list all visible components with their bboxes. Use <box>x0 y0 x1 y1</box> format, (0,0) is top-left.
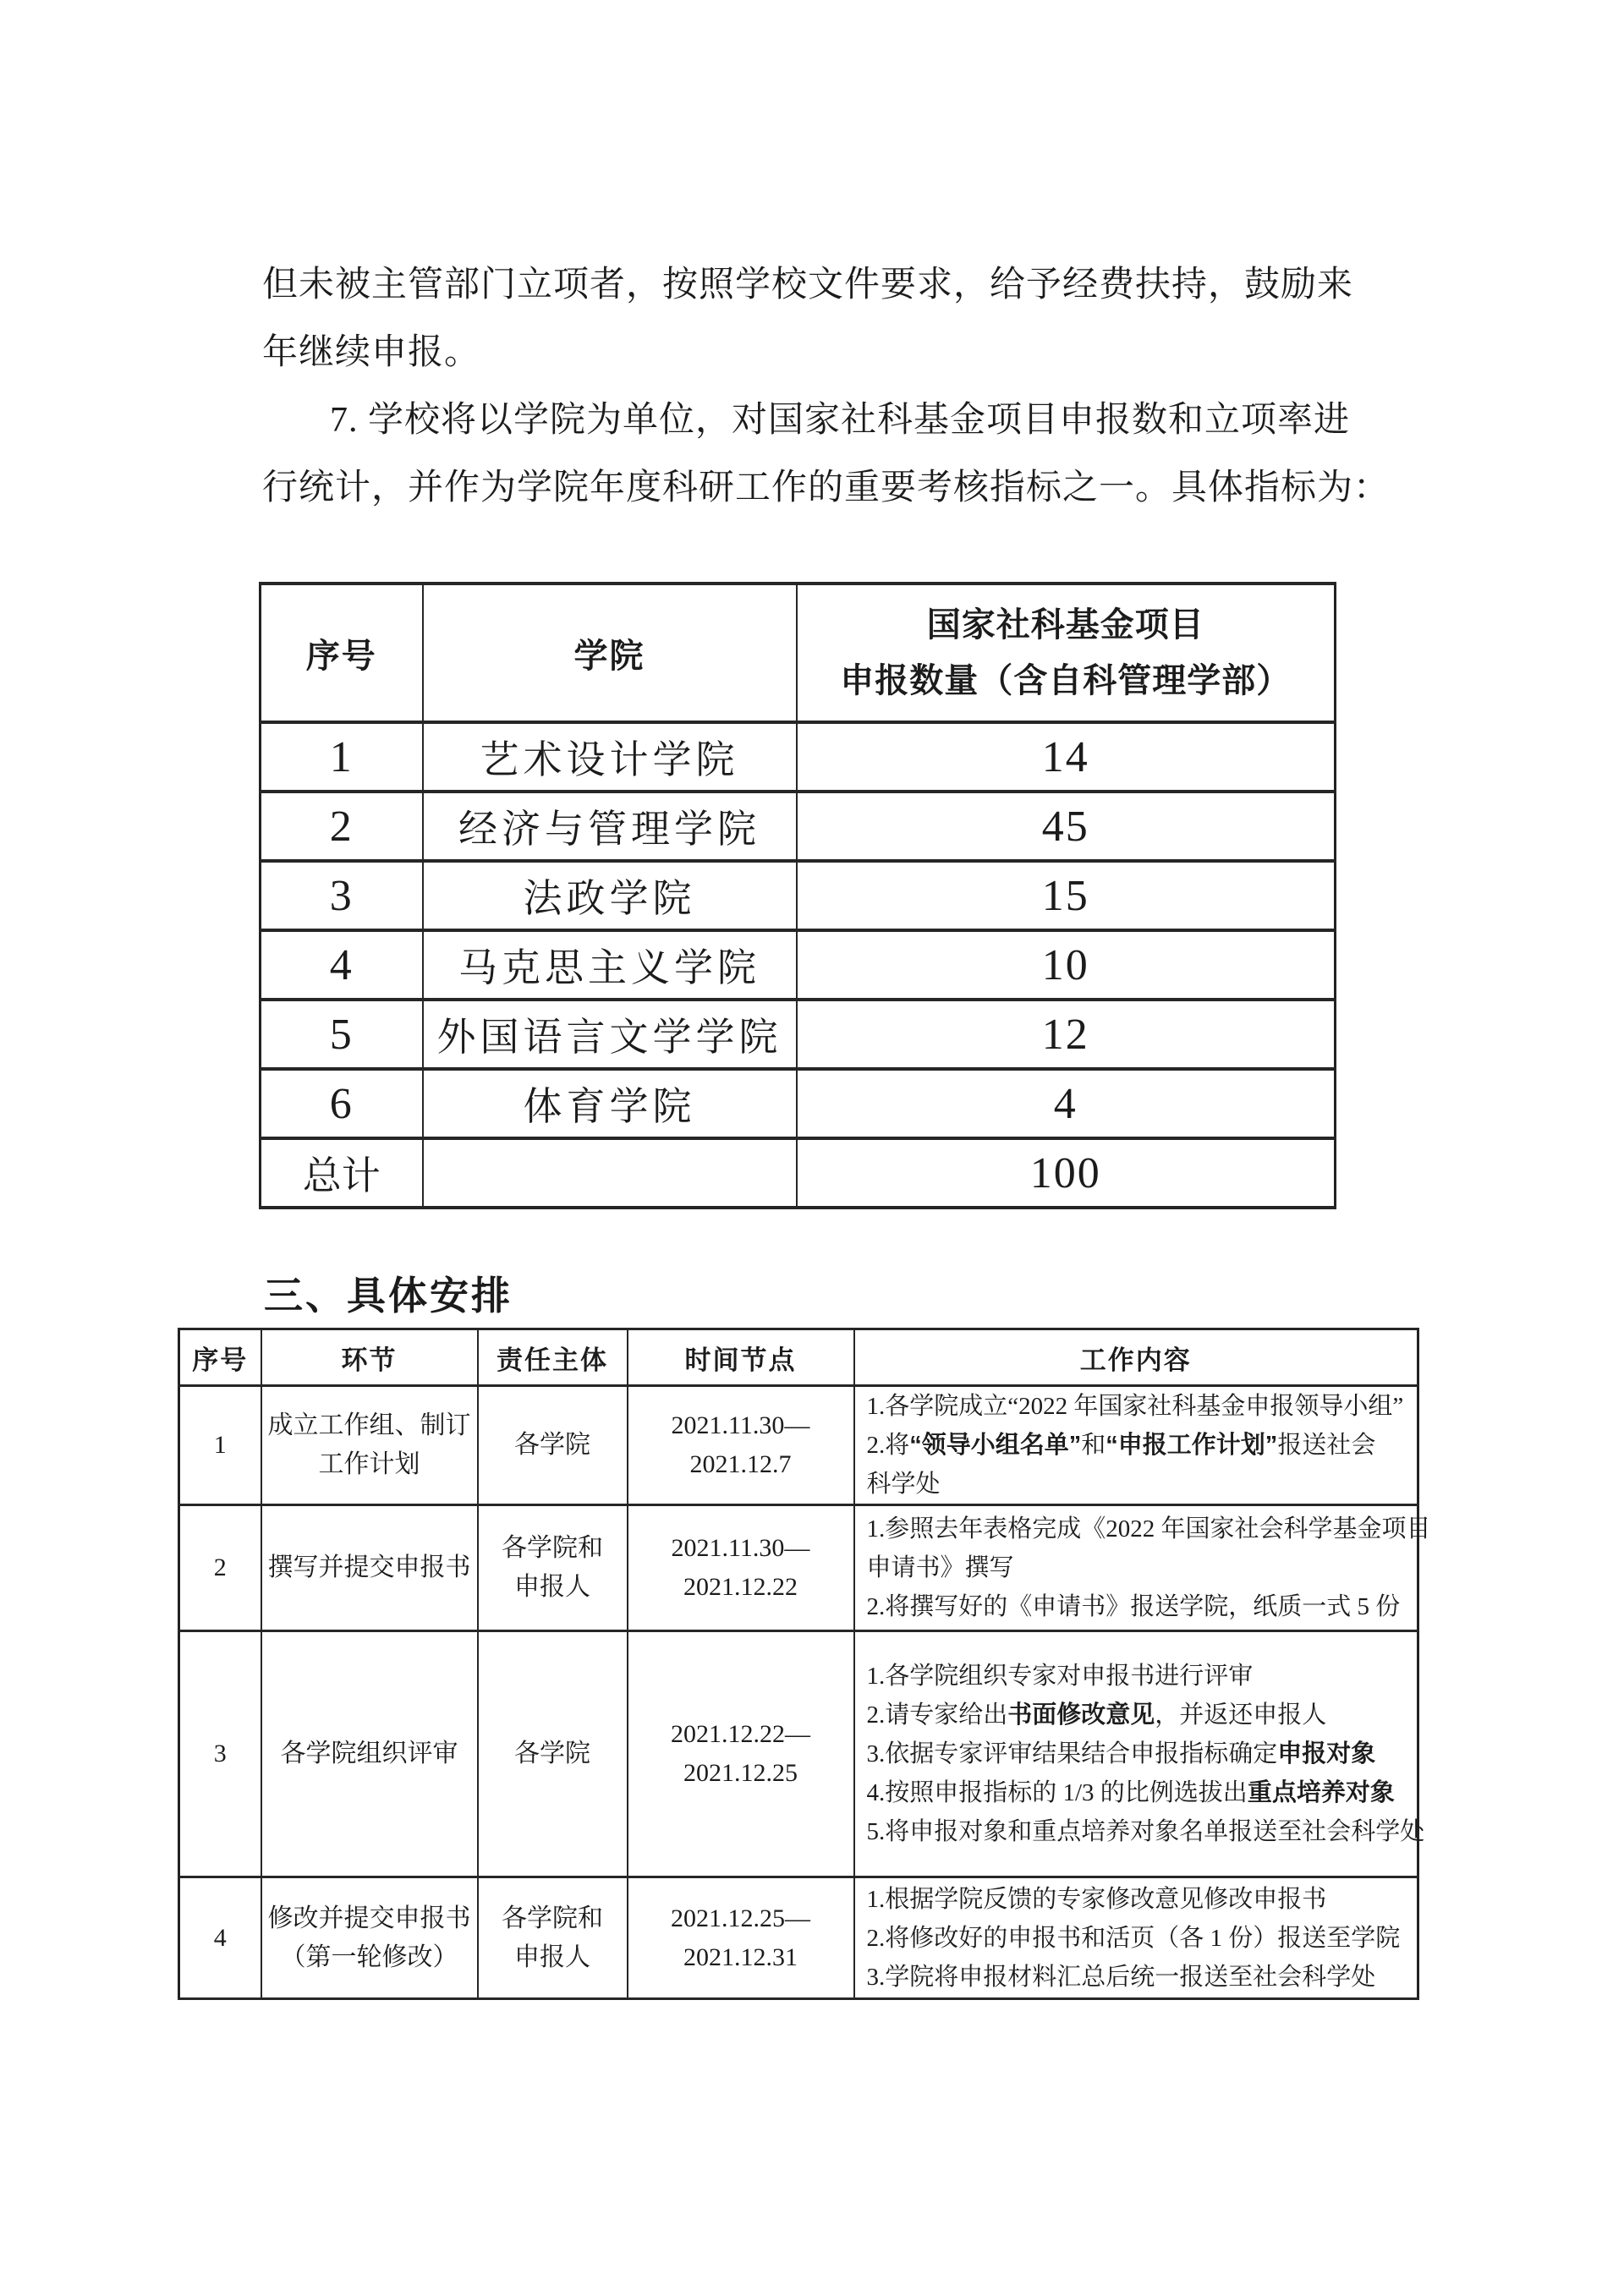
header-step: 环节 <box>261 1329 478 1386</box>
content-line: 2.请专家给出书面修改意见，并返还申报人 <box>867 1696 1409 1734</box>
serial-cell: 2 <box>261 792 423 861</box>
count-cell: 15 <box>797 861 1336 930</box>
college-table-row: 2经济与管理学院45 <box>261 792 1336 861</box>
header-count-line1: 国家社科基金项目 <box>798 597 1335 653</box>
college-header-row: 序号 学院 国家社科基金项目 申报数量（含自科管理学部） <box>261 584 1336 722</box>
serial-cell: 1 <box>261 722 423 792</box>
step-cell-line: 工作计划 <box>262 1445 477 1484</box>
college-count-table: 序号 学院 国家社科基金项目 申报数量（含自科管理学部） 1艺术设计学院142经… <box>259 582 1336 1209</box>
owner-cell: 各学院 <box>478 1386 628 1505</box>
emphasis-text: 重点培养对象 <box>1248 1779 1395 1806</box>
header-count-line2: 申报数量（含自科管理学部） <box>798 653 1335 709</box>
content-line: 科学处 <box>867 1465 1409 1504</box>
time-cell: 2021.12.25—2021.12.31 <box>628 1877 854 1999</box>
count-cell: 14 <box>797 722 1336 792</box>
college-cell: 外国语言文学学院 <box>423 1000 797 1069</box>
college-table-body: 1艺术设计学院142经济与管理学院453法政学院154马克思主义学院105外国语… <box>261 722 1336 1208</box>
header-college: 学院 <box>423 584 797 722</box>
content-line: 2.将“领导小组名单”和“申报工作计划”报送社会 <box>867 1426 1409 1465</box>
step-cell-line: （第一轮修改） <box>262 1938 477 1977</box>
count-cell: 12 <box>797 1000 1336 1069</box>
content-line: 5.将申报对象和重点培养对象名单报送至社会科学处 <box>867 1812 1409 1851</box>
serial-cell: 3 <box>179 1631 261 1877</box>
step-cell: 撰写并提交申报书 <box>261 1505 478 1631</box>
paragraph-2: 7. 学校将以学院为单位，对国家社科基金项目申报数和立项率进行统计，并作为学院年… <box>262 386 1390 522</box>
owner-cell-line: 申报人 <box>479 1568 627 1607</box>
step-cell: 成立工作组、制订工作计划 <box>261 1386 478 1505</box>
time-cell-line: 2021.11.30— <box>628 1529 853 1568</box>
content-line: 1.参照去年表格完成《2022 年国家社会科学基金项目 <box>867 1510 1409 1548</box>
college-table-row: 6体育学院4 <box>261 1069 1336 1138</box>
serial-cell: 4 <box>179 1877 261 1999</box>
time-cell: 2021.11.30—2021.12.7 <box>628 1386 854 1505</box>
schedule-header-row: 序号 环节 责任主体 时间节点 工作内容 <box>179 1329 1418 1386</box>
count-cell: 45 <box>797 792 1336 861</box>
content-line: 1.各学院组织专家对申报书进行评审 <box>867 1657 1409 1696</box>
college-cell: 艺术设计学院 <box>423 722 797 792</box>
owner-cell: 各学院和申报人 <box>478 1877 628 1999</box>
college-table-row: 5外国语言文学学院12 <box>261 1000 1336 1069</box>
owner-cell: 各学院和申报人 <box>478 1505 628 1631</box>
header-serial: 序号 <box>179 1329 261 1386</box>
content-line: 1.各学院成立“2022 年国家社科基金申报领导小组” <box>867 1387 1409 1426</box>
paragraph-line: 但未被主管部门立项者，按照学校文件要求，给予经费扶持，鼓励来 <box>262 251 1390 319</box>
step-cell: 修改并提交申报书（第一轮修改） <box>261 1877 478 1999</box>
paragraph-1: 但未被主管部门立项者，按照学校文件要求，给予经费扶持，鼓励来年继续申报。 <box>262 251 1390 386</box>
emphasis-text: “领导小组名单” <box>909 1432 1081 1459</box>
step-cell-line: 撰写并提交申报书 <box>262 1548 477 1587</box>
count-cell: 100 <box>797 1138 1336 1208</box>
time-cell-line: 2021.12.31 <box>628 1938 853 1977</box>
college-table-row: 4马克思主义学院10 <box>261 930 1336 1000</box>
paragraph-line: 年继续申报。 <box>262 319 1390 386</box>
header-owner: 责任主体 <box>478 1329 628 1386</box>
time-cell-line: 2021.12.22— <box>628 1715 853 1754</box>
schedule-table-row: 1成立工作组、制订工作计划各学院2021.11.30—2021.12.71.各学… <box>179 1386 1418 1505</box>
content-cell: 1.各学院组织专家对申报书进行评审2.请专家给出书面修改意见，并返还申报人3.依… <box>854 1631 1418 1877</box>
serial-cell: 4 <box>261 930 423 1000</box>
serial-cell: 3 <box>261 861 423 930</box>
owner-cell-line: 各学院和 <box>479 1899 627 1938</box>
owner-cell-line: 各学院 <box>479 1426 627 1465</box>
time-cell: 2021.11.30—2021.12.22 <box>628 1505 854 1631</box>
owner-cell-line: 申报人 <box>479 1938 627 1977</box>
section-heading: 三、具体安排 <box>264 1265 513 1321</box>
owner-cell-line: 各学院 <box>479 1734 627 1773</box>
content-line: 申请书》撰写 <box>867 1548 1409 1587</box>
header-serial: 序号 <box>261 584 423 722</box>
content-line: 1.根据学院反馈的专家修改意见修改申报书 <box>867 1880 1409 1919</box>
emphasis-text: 书面修改意见 <box>1007 1701 1155 1729</box>
owner-cell-line: 各学院和 <box>479 1529 627 1568</box>
content-cell: 1.根据学院反馈的专家修改意见修改申报书2.将修改好的申报书和活页（各 1 份）… <box>854 1877 1418 1999</box>
header-content: 工作内容 <box>854 1329 1418 1386</box>
owner-cell: 各学院 <box>478 1631 628 1877</box>
content-line: 2.将修改好的申报书和活页（各 1 份）报送至学院 <box>867 1919 1409 1958</box>
header-count: 国家社科基金项目 申报数量（含自科管理学部） <box>797 584 1336 722</box>
schedule-table-body: 1成立工作组、制订工作计划各学院2021.11.30—2021.12.71.各学… <box>179 1386 1418 1999</box>
college-table-row: 总计100 <box>261 1138 1336 1208</box>
step-cell: 各学院组织评审 <box>261 1631 478 1877</box>
step-cell-line: 修改并提交申报书 <box>262 1899 477 1938</box>
content-line: 3.学院将申报材料汇总后统一报送至社会科学处 <box>867 1958 1409 1997</box>
paragraph-line: 行统计，并作为学院年度科研工作的重要考核指标之一。具体指标为： <box>262 454 1390 522</box>
college-table-row: 3法政学院15 <box>261 861 1336 930</box>
content-cell: 1.各学院成立“2022 年国家社科基金申报领导小组”2.将“领导小组名单”和“… <box>854 1386 1418 1505</box>
time-cell-line: 2021.12.22 <box>628 1568 853 1607</box>
content-cell: 1.参照去年表格完成《2022 年国家社会科学基金项目申请书》撰写2.将撰写好的… <box>854 1505 1418 1631</box>
document-page: 但未被主管部门立项者，按照学校文件要求，给予经费扶持，鼓励来年继续申报。 7. … <box>0 0 1624 2296</box>
college-cell: 马克思主义学院 <box>423 930 797 1000</box>
serial-cell: 1 <box>179 1386 261 1505</box>
time-cell-line: 2021.12.25 <box>628 1754 853 1793</box>
serial-cell: 6 <box>261 1069 423 1138</box>
time-cell-line: 2021.12.7 <box>628 1445 853 1484</box>
time-cell: 2021.12.22—2021.12.25 <box>628 1631 854 1877</box>
serial-cell: 总计 <box>261 1138 423 1208</box>
schedule-table-header: 序号 环节 责任主体 时间节点 工作内容 <box>179 1329 1418 1386</box>
serial-cell: 5 <box>261 1000 423 1069</box>
schedule-table-row: 4修改并提交申报书（第一轮修改）各学院和申报人2021.12.25—2021.1… <box>179 1877 1418 1999</box>
content-line: 2.将撰写好的《申请书》报送学院，纸质一式 5 份 <box>867 1587 1409 1626</box>
content-line: 3.依据专家评审结果结合申报指标确定申报对象 <box>867 1734 1409 1773</box>
schedule-table: 序号 环节 责任主体 时间节点 工作内容 1成立工作组、制订工作计划各学院202… <box>178 1328 1419 2000</box>
college-table-row: 1艺术设计学院14 <box>261 722 1336 792</box>
college-table-header: 序号 学院 国家社科基金项目 申报数量（含自科管理学部） <box>261 584 1336 722</box>
emphasis-text: 申报对象 <box>1277 1740 1375 1767</box>
college-cell: 体育学院 <box>423 1069 797 1138</box>
content-line: 4.按照申报指标的 1/3 的比例选拔出重点培养对象 <box>867 1773 1409 1812</box>
emphasis-text: “申报工作计划” <box>1106 1432 1277 1459</box>
step-cell-line: 成立工作组、制订 <box>262 1406 477 1445</box>
college-cell <box>423 1138 797 1208</box>
step-cell-line: 各学院组织评审 <box>262 1734 477 1773</box>
time-cell-line: 2021.12.25— <box>628 1899 853 1938</box>
serial-cell: 2 <box>179 1505 261 1631</box>
header-time: 时间节点 <box>628 1329 854 1386</box>
count-cell: 10 <box>797 930 1336 1000</box>
body-paragraphs: 但未被主管部门立项者，按照学校文件要求，给予经费扶持，鼓励来年继续申报。 7. … <box>262 251 1390 522</box>
schedule-table-row: 2撰写并提交申报书各学院和申报人2021.11.30—2021.12.221.参… <box>179 1505 1418 1631</box>
count-cell: 4 <box>797 1069 1336 1138</box>
paragraph-line: 7. 学校将以学院为单位，对国家社科基金项目申报数和立项率进 <box>262 386 1390 454</box>
time-cell-line: 2021.11.30— <box>628 1406 853 1445</box>
college-cell: 经济与管理学院 <box>423 792 797 861</box>
schedule-table-row: 3各学院组织评审各学院2021.12.22—2021.12.251.各学院组织专… <box>179 1631 1418 1877</box>
college-cell: 法政学院 <box>423 861 797 930</box>
